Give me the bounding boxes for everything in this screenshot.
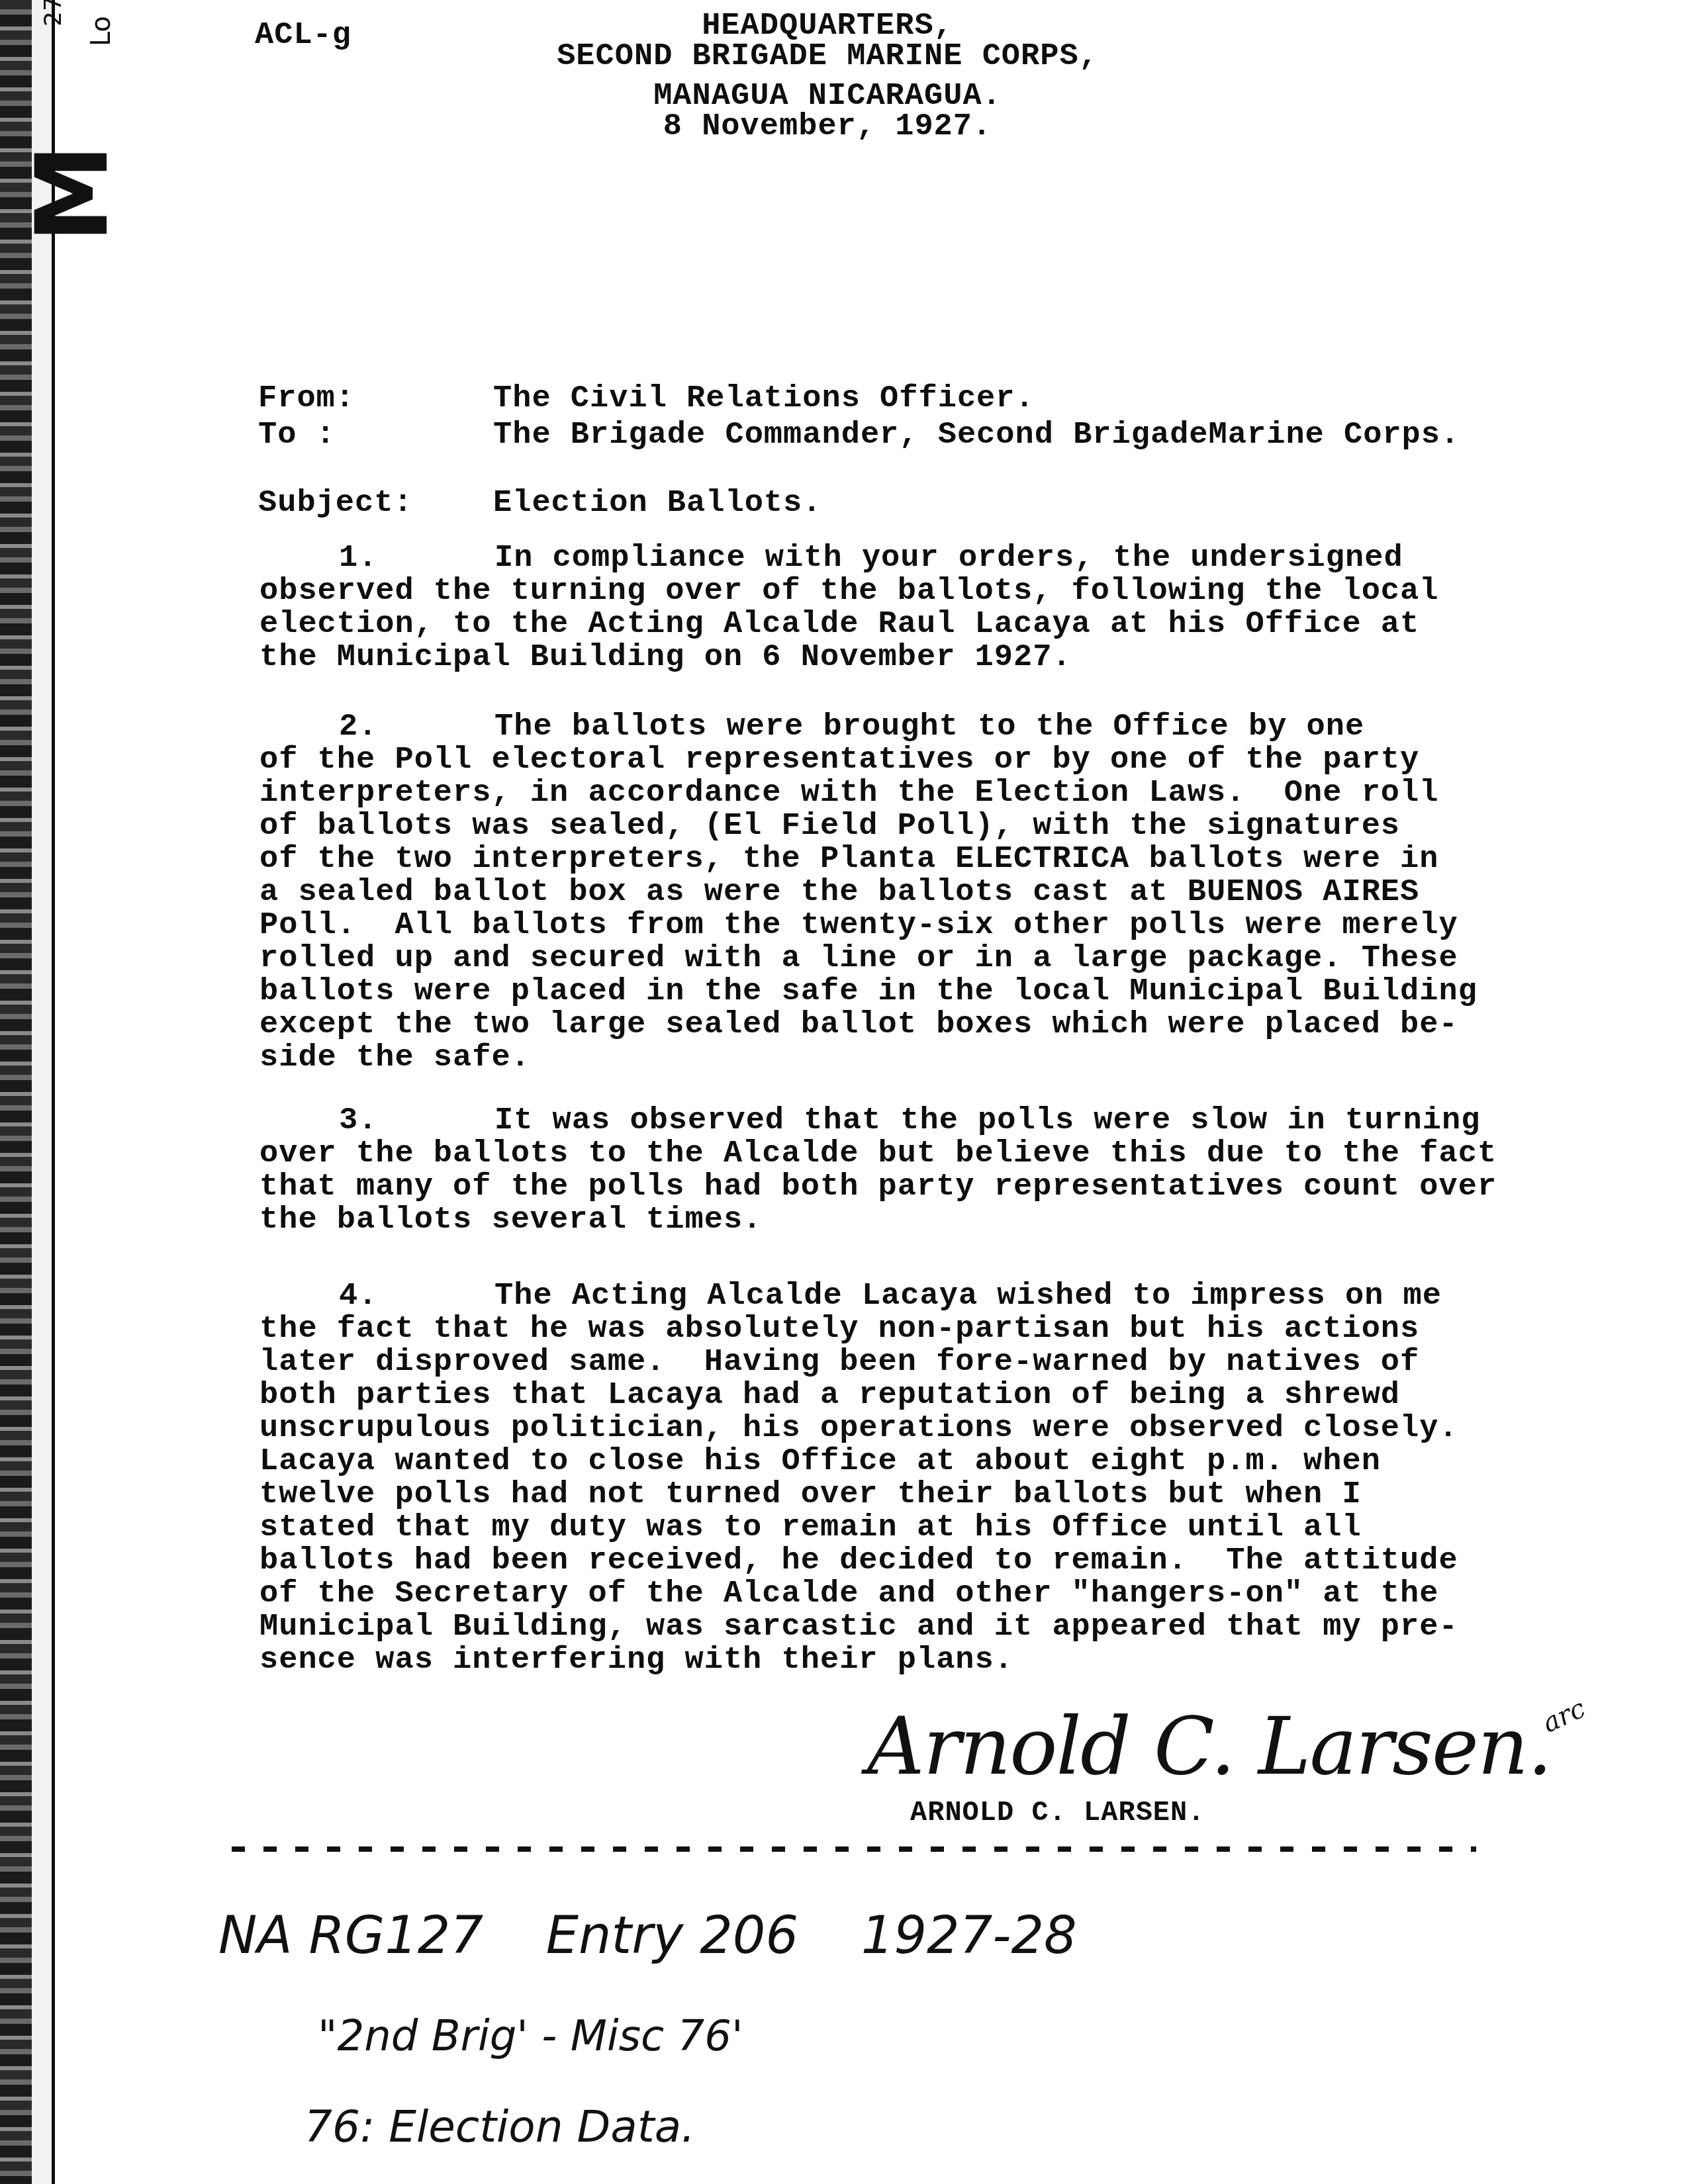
paragraph-text: of the Poll electoral representatives or… <box>259 743 1419 778</box>
paragraph-line: ballots had been received, he decided to… <box>259 1545 1550 1578</box>
memo-subject: Subject: Election Ballots. <box>258 485 1460 522</box>
paragraph-text: the ballots several times. <box>259 1203 762 1238</box>
paragraph-text: twelve polls had not turned over their b… <box>259 1477 1362 1512</box>
paragraph-text: ballots were placed in the safe in the l… <box>259 974 1477 1009</box>
paragraph-number: 2. <box>339 711 494 743</box>
margin-note: Lo <box>86 16 117 46</box>
paragraph-line: later disproved same. Having been fore-w… <box>259 1347 1550 1380</box>
paragraph-3: 3.It was observed that the polls were sl… <box>259 1105 1550 1238</box>
paragraph-text: side the safe. <box>259 1040 530 1075</box>
paragraph-line: 3.It was observed that the polls were sl… <box>259 1105 1550 1138</box>
margin-page-number: 27 <box>40 0 67 26</box>
paragraph-line: of the Secretary of the Alcalde and othe… <box>259 1578 1550 1612</box>
from-label: From: <box>258 383 493 414</box>
paragraph-line: rolled up and secured with a line or in … <box>259 943 1550 976</box>
paragraph-line: that many of the polls had both party re… <box>259 1171 1550 1205</box>
letterhead: HEADQUARTERS, SECOND BRIGADE MARINE CORP… <box>463 7 1192 142</box>
reference-code: ACL-g <box>255 20 352 51</box>
paragraph-text: except the two large sealed ballot boxes… <box>259 1007 1458 1042</box>
paragraph-text: Municipal Building, was sarcastic and it… <box>259 1610 1458 1645</box>
paragraph-text: later disproved same. Having been fore-w… <box>259 1345 1419 1380</box>
paragraph-text: election, to the Acting Alcalde Raul Lac… <box>259 607 1419 642</box>
paragraph-line: twelve polls had not turned over their b… <box>259 1479 1550 1512</box>
paragraph-text: interpreters, in accordance with the Ele… <box>259 776 1438 811</box>
paragraph-line: interpreters, in accordance with the Ele… <box>259 778 1550 811</box>
paragraph-text: of the two interpreters, the Planta ELEC… <box>259 842 1438 877</box>
memo-from: From: The Civil Relations Officer. <box>258 381 1460 417</box>
letterhead-line-1: HEADQUARTERS, <box>463 11 1192 41</box>
scan-margin-gap <box>32 0 52 2184</box>
paragraph-line: Lacaya wanted to close his Office at abo… <box>259 1446 1550 1479</box>
paragraph-text: It was observed that the polls were slow… <box>494 1103 1480 1138</box>
paragraph-line: of the Poll electoral representatives or… <box>259 745 1550 778</box>
paragraph-line: over the ballots to the Alcalde but beli… <box>259 1138 1550 1171</box>
paragraph-text: Poll. All ballots from the twenty-six ot… <box>259 908 1458 943</box>
paragraph-text: of the Secretary of the Alcalde and othe… <box>259 1576 1438 1612</box>
paragraph-line: 4.The Acting Alcalde Lacaya wished to im… <box>259 1281 1550 1314</box>
paragraph-line: 2.The ballots were brought to the Office… <box>259 711 1550 745</box>
paragraph-text: the Municipal Building on 6 November 192… <box>259 640 1072 675</box>
archive-record-group: NA RG127 <box>218 1906 483 1966</box>
paragraph-text: ballots had been received, he decided to… <box>259 1543 1458 1578</box>
memo-header: From: The Civil Relations Officer. To : … <box>258 381 1460 522</box>
paragraph-line: both parties that Lacaya had a reputatio… <box>259 1380 1550 1413</box>
paragraph-line: 1.In compliance with your orders, the un… <box>259 543 1550 576</box>
paragraph-line: unscrupulous politician, his operations … <box>259 1413 1550 1446</box>
dashed-divider <box>232 1846 1476 1852</box>
typed-signatory-name: ARNOLD C. LARSEN. <box>910 1799 1205 1827</box>
memo-to: To : The Brigade Commander, Second Briga… <box>258 417 1460 453</box>
paragraph-number: 1. <box>339 543 494 574</box>
scan-edge-line <box>52 0 55 2184</box>
paragraph-line: ballots were placed in the safe in the l… <box>259 976 1550 1009</box>
letterhead-line-2: SECOND BRIGADE MARINE CORPS, <box>463 41 1192 71</box>
paragraph-text: In compliance with your orders, the unde… <box>494 541 1403 576</box>
paragraph-line: stated that my duty was to remain at his… <box>259 1512 1550 1545</box>
paragraph-line: side the safe. <box>259 1042 1550 1075</box>
paragraph-1: 1.In compliance with your orders, the un… <box>259 543 1550 675</box>
letterhead-line-3: MANAGUA NICARAGUA. <box>463 81 1192 111</box>
archive-note-line-3: 76: Election Data. <box>305 2101 695 2152</box>
paragraph-line: of the two interpreters, the Planta ELEC… <box>259 844 1550 877</box>
handwritten-signature: Arnold C. Larsen. <box>867 1701 1551 1793</box>
paragraph-text: observed the turning over of the ballots… <box>259 574 1438 609</box>
archive-years: 1927-28 <box>861 1906 1077 1966</box>
paragraph-line: except the two large sealed ballot boxes… <box>259 1009 1550 1042</box>
paragraph-text: Lacaya wanted to close his Office at abo… <box>259 1444 1381 1479</box>
paragraph-line: the fact that he was absolutely non-part… <box>259 1314 1550 1347</box>
margin-letter-mark: M <box>15 150 130 243</box>
paragraph-line: Poll. All ballots from the twenty-six ot… <box>259 910 1550 943</box>
paragraph-2: 2.The ballots were brought to the Office… <box>259 711 1550 1075</box>
to-value: The Brigade Commander, Second BrigadeMar… <box>493 420 1460 451</box>
paragraph-line: Municipal Building, was sarcastic and it… <box>259 1612 1550 1645</box>
to-label: To : <box>258 420 493 451</box>
paragraph-line: the ballots several times. <box>259 1205 1550 1238</box>
from-value: The Civil Relations Officer. <box>493 383 1035 414</box>
subject-label: Subject: <box>258 488 493 519</box>
paragraph-line: observed the turning over of the ballots… <box>259 576 1550 609</box>
paragraph-line: of ballots was sealed, (El Field Poll), … <box>259 811 1550 844</box>
subject-value: Election Ballots. <box>493 488 821 519</box>
paragraph-line: a sealed ballot box as were the ballots … <box>259 877 1550 910</box>
paragraph-number: 3. <box>339 1105 494 1136</box>
scan-left-border <box>0 0 32 2184</box>
paragraph-text: rolled up and secured with a line or in … <box>259 941 1458 976</box>
paragraph-text: of ballots was sealed, (El Field Poll), … <box>259 809 1400 844</box>
paragraph-text: that many of the polls had both party re… <box>259 1169 1497 1205</box>
paragraph-line: election, to the Acting Alcalde Raul Lac… <box>259 609 1550 642</box>
paragraph-text: The ballots were brought to the Office b… <box>494 709 1364 745</box>
paragraph-text: both parties that Lacaya had a reputatio… <box>259 1378 1400 1413</box>
archive-entry: Entry 206 <box>546 1906 798 1966</box>
archive-note-line-2: "2nd Brig' - Misc 76' <box>318 2012 743 2061</box>
paragraph-line: sence was interfering with their plans. <box>259 1645 1550 1678</box>
paragraph-text: sence was interfering with their plans. <box>259 1643 1013 1678</box>
paragraph-text: over the ballots to the Alcalde but beli… <box>259 1136 1497 1171</box>
paragraph-text: unscrupulous politician, his operations … <box>259 1411 1458 1446</box>
archive-note-line-1: NA RG127 Entry 206 1927-28 <box>218 1906 1123 1966</box>
paragraph-number: 4. <box>339 1281 494 1312</box>
letter-date: 8 November, 1927. <box>463 111 1192 142</box>
paragraph-4: 4.The Acting Alcalde Lacaya wished to im… <box>259 1281 1550 1678</box>
paragraph-text: stated that my duty was to remain at his… <box>259 1510 1362 1545</box>
paragraph-text: a sealed ballot box as were the ballots … <box>259 875 1419 910</box>
paragraph-text: The Acting Alcalde Lacaya wished to impr… <box>494 1279 1442 1314</box>
paragraph-line: the Municipal Building on 6 November 192… <box>259 642 1550 675</box>
paragraph-text: the fact that he was absolutely non-part… <box>259 1312 1419 1347</box>
